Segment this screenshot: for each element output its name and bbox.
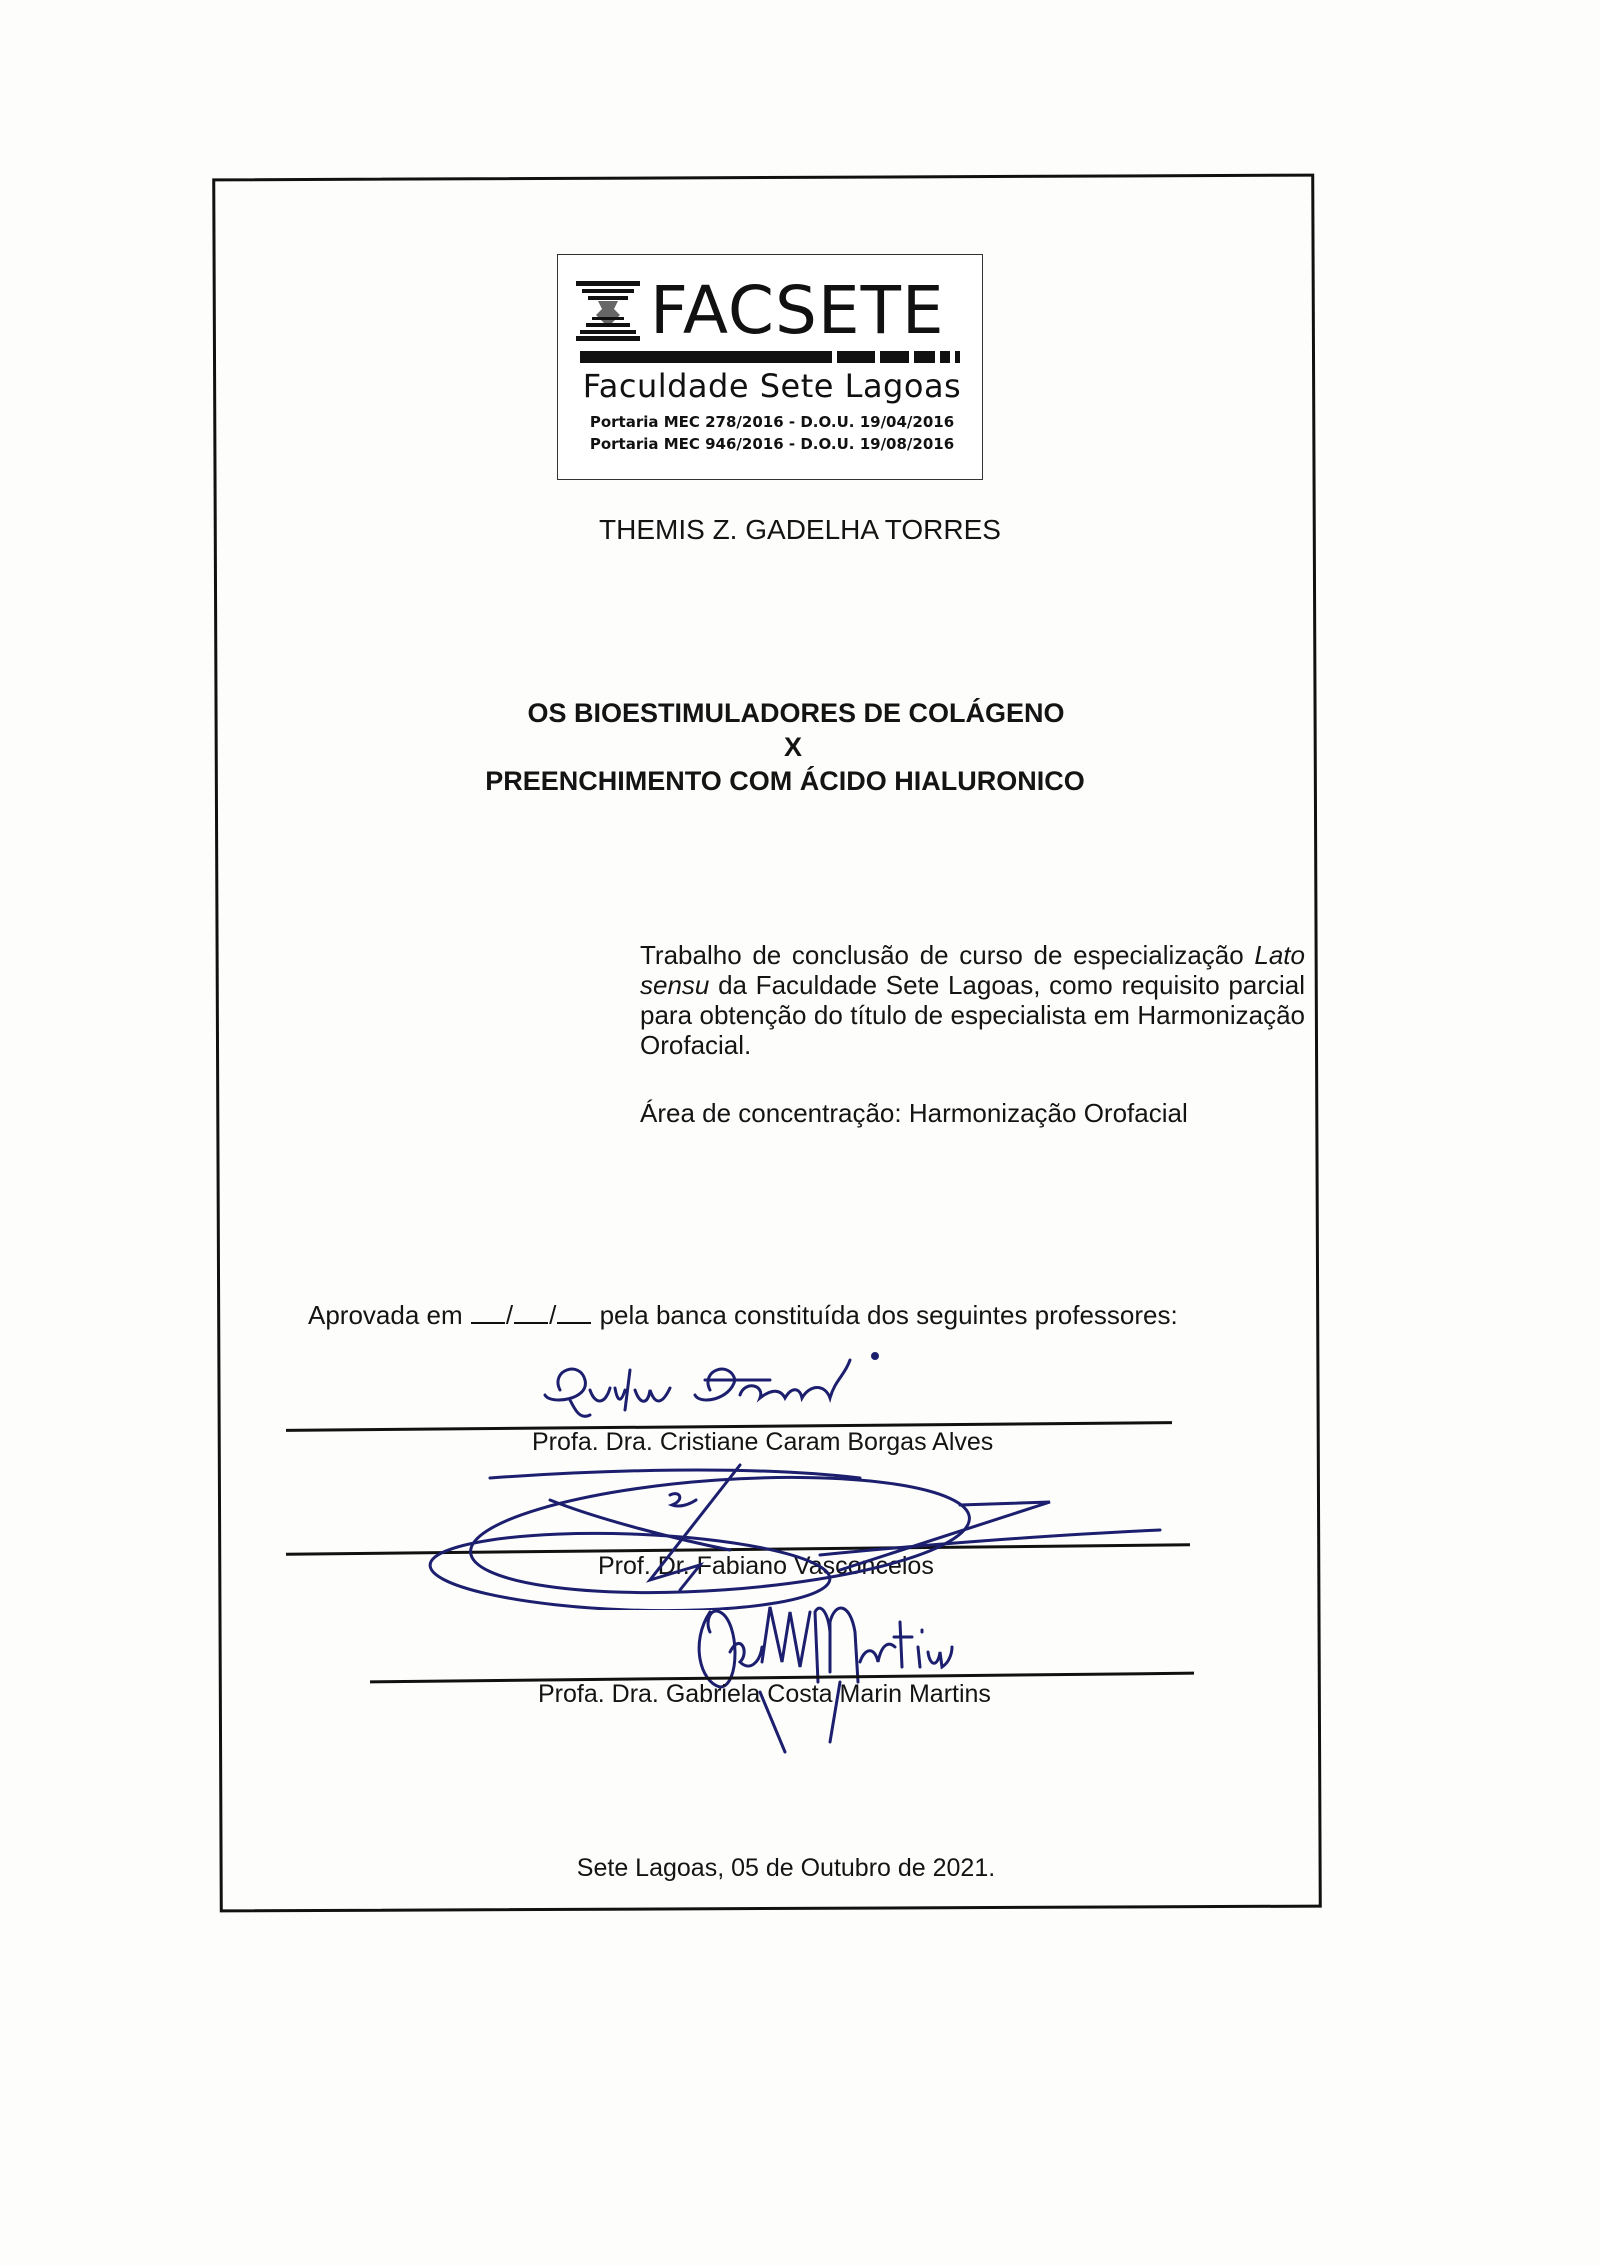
- date-separator: /: [549, 1300, 556, 1330]
- approval-day-blank[interactable]: [471, 1302, 505, 1324]
- logo-portaria-2: Portaria MEC 946/2016 - D.O.U. 19/08/201…: [580, 435, 964, 453]
- logo-divider: [580, 351, 960, 363]
- approval-line: Aprovada em // pela banca constituída do…: [308, 1300, 1178, 1331]
- examiner-name-2: Prof. Dr. Fabiano Vasconcelos: [598, 1552, 934, 1581]
- approval-year-blank[interactable]: [557, 1302, 591, 1324]
- institution-logo: FACSETE Faculdade Sete Lagoas Portaria M…: [557, 254, 983, 480]
- examiner-name-1: Profa. Dra. Cristiane Caram Borgas Alves: [532, 1428, 993, 1457]
- logo-name: FACSETE: [650, 281, 945, 341]
- author-name: THEMIS Z. GADELHA TORRES: [0, 514, 1600, 546]
- title-line-1: OS BIOESTIMULADORES DE COLÁGENO: [0, 698, 1596, 729]
- examiner-name-3: Profa. Dra. Gabriela Costa Marin Martins: [538, 1680, 991, 1709]
- logo-portaria-1: Portaria MEC 278/2016 - D.O.U. 19/04/201…: [580, 413, 964, 431]
- facsete-emblem-icon: [576, 281, 640, 341]
- work-description: Trabalho de conclusão de curso de especi…: [640, 940, 1305, 1060]
- approval-month-blank[interactable]: [514, 1302, 548, 1324]
- description-text-cont: da Faculdade Sete Lagoas, como requisito…: [640, 970, 1305, 1060]
- concentration-area: Área de concentração: Harmonização Orofa…: [640, 1098, 1188, 1129]
- description-text: Trabalho de conclusão de curso de especi…: [640, 940, 1254, 970]
- place-date: Sete Lagoas, 05 de Outubro de 2021.: [0, 1854, 1586, 1883]
- approval-suffix: pela banca constituída dos seguintes pro…: [600, 1300, 1178, 1330]
- approval-prefix: Aprovada em: [308, 1300, 463, 1330]
- date-separator: /: [506, 1300, 513, 1330]
- title-line-3: PREENCHIMENTO COM ÁCIDO HIALURONICO: [0, 766, 1585, 797]
- title-line-2: X: [0, 732, 1593, 763]
- logo-subtitle: Faculdade Sete Lagoas: [580, 367, 964, 405]
